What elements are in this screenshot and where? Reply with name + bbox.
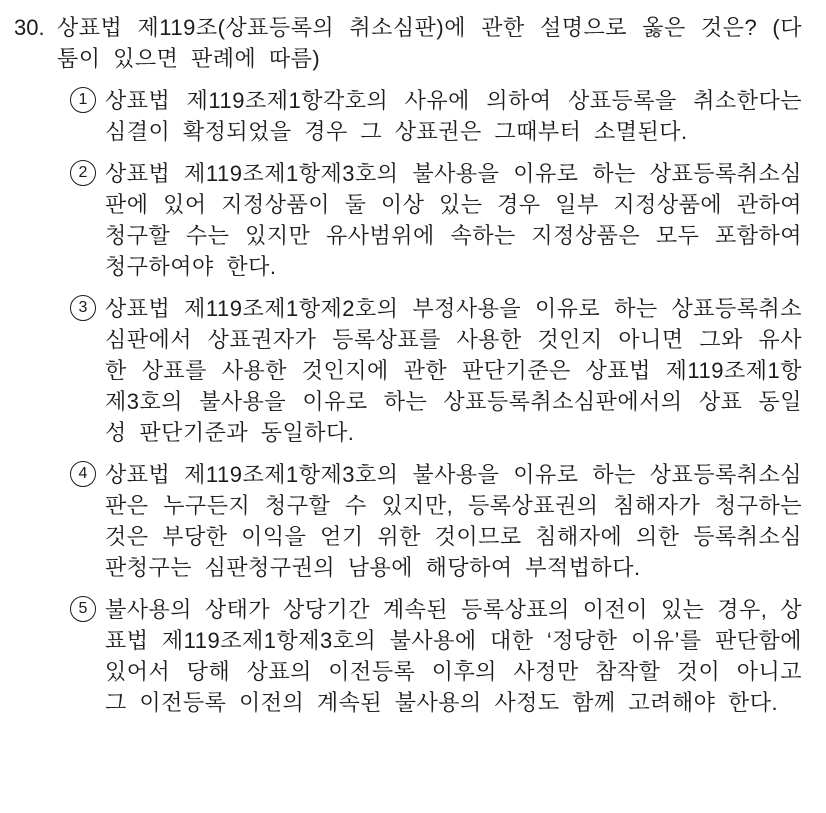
circled-number-3-icon: 3 <box>70 295 96 321</box>
option-1-marker-col: 1 <box>70 85 105 147</box>
option-4-text: 상표법 제119조제1항제3호의 불사용을 이유로 하는 상표등록취소심판은 누… <box>105 459 802 583</box>
question-number: 30. <box>14 12 57 74</box>
question-block: 30. 상표법 제119조(상표등록의 취소심판)에 관한 설명으로 옳은 것은… <box>14 12 802 74</box>
question-text: 상표법 제119조(상표등록의 취소심판)에 관한 설명으로 옳은 것은? (다… <box>57 12 802 74</box>
option-4: 4 상표법 제119조제1항제3호의 불사용을 이유로 하는 상표등록취소심판은… <box>70 459 802 583</box>
circled-number-1-icon: 1 <box>70 87 96 113</box>
circled-number-2-icon: 2 <box>70 160 96 186</box>
option-1: 1 상표법 제119조제1항각호의 사유에 의하여 상표등록을 취소한다는 심결… <box>70 85 802 147</box>
option-2-text: 상표법 제119조제1항제3호의 불사용을 이유로 하는 상표등록취소심판에 있… <box>105 158 802 282</box>
option-3-marker-col: 3 <box>70 293 105 448</box>
option-2-marker-col: 2 <box>70 158 105 282</box>
option-1-text: 상표법 제119조제1항각호의 사유에 의하여 상표등록을 취소한다는 심결이 … <box>105 85 802 147</box>
circled-number-5-icon: 5 <box>70 596 96 622</box>
option-4-marker-col: 4 <box>70 459 105 583</box>
circled-number-4-icon: 4 <box>70 461 96 487</box>
option-3-text: 상표법 제119조제1항제2호의 부정사용을 이유로 하는 상표등록취소심판에서… <box>105 293 802 448</box>
option-3: 3 상표법 제119조제1항제2호의 부정사용을 이유로 하는 상표등록취소심판… <box>70 293 802 448</box>
option-5-marker-col: 5 <box>70 594 105 718</box>
option-5: 5 불사용의 상태가 상당기간 계속된 등록상표의 이전이 있는 경우, 상표법… <box>70 594 802 718</box>
option-2: 2 상표법 제119조제1항제3호의 불사용을 이유로 하는 상표등록취소심판에… <box>70 158 802 282</box>
exam-page: 30. 상표법 제119조(상표등록의 취소심판)에 관한 설명으로 옳은 것은… <box>0 0 826 813</box>
option-5-text: 불사용의 상태가 상당기간 계속된 등록상표의 이전이 있는 경우, 상표법 제… <box>105 594 802 718</box>
